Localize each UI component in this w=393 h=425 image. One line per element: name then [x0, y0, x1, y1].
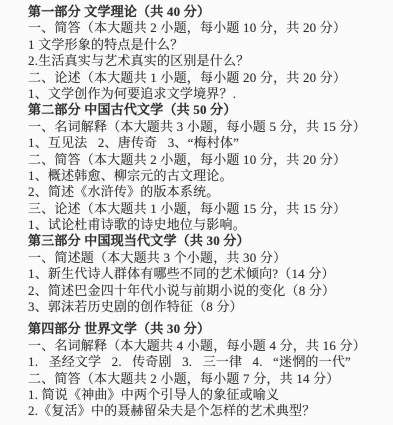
question-line: 2.《复活》中的聂赫留朵夫是个怎样的艺术典型？	[28, 403, 387, 419]
question-line: 1 文学形象的特点是什么？	[28, 37, 387, 53]
part-heading-3: 第三部分 中国现当代文学（共 30 分）	[28, 233, 387, 249]
question-line: 1. 圣经文学 2. 传奇剧 3. 三一律 4. “迷惘的一代”	[28, 354, 387, 370]
question-line: 2、简述《水浒传》的版本系统。	[28, 184, 387, 200]
section-line: 一、名词解释（本大题共 3 小题，每小题 5 分，共 15 分）	[28, 119, 387, 135]
question-line: 1、概述韩愈、柳宗元的古文理论。	[28, 168, 387, 184]
exam-document: 第一部分 文学理论（共 40 分） 一、简答（本大题共 2 小题，每小题 10 …	[0, 0, 393, 420]
part-heading-4: 第四部分 世界文学（共 30 分）	[28, 321, 387, 337]
question-line: 2.生活真实与艺术真实的区别是什么？	[28, 53, 387, 69]
question-line: 1、新生代诗人群体有哪些不同的艺术倾向?（14 分）	[28, 266, 387, 282]
section-line: 二、简答（本大题共 2 小题，每小题 10 分，共 20 分）	[28, 152, 387, 168]
question-line: 1. 简说《神曲》中两个引导人的象征或喻义	[28, 387, 387, 403]
section-line: 一、简答（本大题共 2 小题，每小题 10 分，共 20 分）	[28, 20, 387, 36]
question-line: 1、互见法 2、唐传奇 3、“梅村体”	[28, 135, 387, 151]
question-line: 1、文学创作为何要追求文学境界？.	[28, 86, 387, 102]
section-line: 二、简答（本大题共 2 小题，每小题 7 分，共 14 分）	[28, 371, 387, 387]
question-line: 2、简述巴金四十年代小说与前期小说的变化（8 分）	[28, 283, 387, 299]
part-heading-2: 第二部分 中国古代文学（共 50 分）	[28, 102, 387, 118]
section-line: 三、论述（本大题共 1 小题，每小题 15 分，共 15 分）	[28, 201, 387, 217]
question-line: 3、郭沫若历史剧的创作特征（8 分）	[28, 299, 387, 315]
question-line: 1、试论杜甫诗歌的诗史地位与影响。	[28, 217, 387, 233]
part-heading-1: 第一部分 文学理论（共 40 分）	[28, 4, 387, 20]
section-line: 一、简述题（本大题共 3 个小题，共 30 分）	[28, 250, 387, 266]
section-line: 二、论述（本大题共 1 小题，每小题 20 分，共 20 分）	[28, 70, 387, 86]
section-line: 一、名词解释（本大题共 4 小题，每小题 4 分，共 16 分）	[28, 338, 387, 354]
